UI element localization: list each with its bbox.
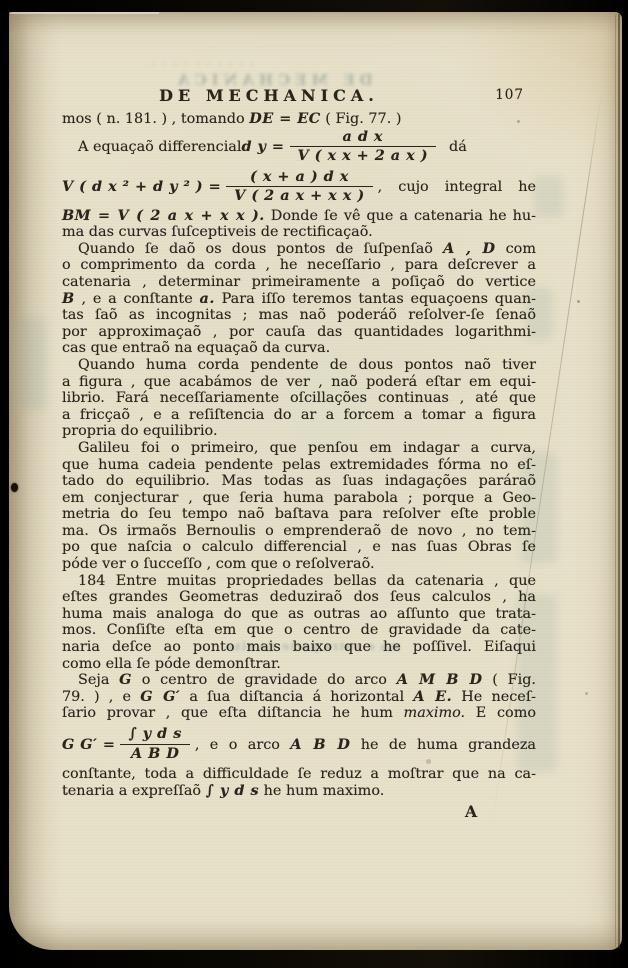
formula-tail: dá [449,139,467,155]
math-inline: G [119,671,132,688]
math-inline: G G′ [140,688,180,705]
math-inline: BM = V ( 2 a x + x x ). [62,207,265,224]
body-line: mos. Conſiſte eſta em que o centro de gr… [62,622,536,639]
fraction: ∫ y d sA B D [120,726,189,761]
page-title: DE MECHANICA. [32,86,506,105]
body-text: , e a conſtante [75,291,200,307]
body-text: Donde ſe vê que a catenaria he hu- [265,208,536,224]
body-line: a fricçaõ , e a reſiſtencia do ar a forc… [62,407,536,424]
body-line: cas que entraõ na equaçaõ da curva. [62,340,536,357]
body-line: librio. Fará neceſſariamente oſcillações… [62,390,536,407]
fraction-denominator: A B D [120,744,189,762]
math-inline: A B D [290,736,350,753]
body-line: Galileu foi o primeiro, que penſou em in… [62,440,536,457]
math-inline: A E. [413,688,452,705]
body-line: 79. ) , e G G′ a ſua diſtancia á horizon… [62,689,536,706]
formula-lead: A equaçaõ differencial [78,139,241,155]
body-line: ſario provar , que eſta diſtancia he hum… [62,705,536,722]
fraction: ( x + a ) d xV ( 2 a x + x x ) [226,169,373,204]
body-line: Seja G o centro de gravidade do arco A M… [62,672,536,689]
body-text: 79. ) , e [62,689,140,705]
body-line: B , e a conſtante a. Para iſſo teremos t… [62,291,536,308]
page-number: 107 [495,87,524,103]
body-text: tenaria a expreſſaõ [62,783,206,799]
fraction-numerator: a d x [290,129,437,146]
catchword-row: A [62,803,536,822]
body-line: ma. Os irmaõs Bernoulis o emprenderaõ de… [62,523,536,540]
body-line: tado do equilibrio. Mas todas as ſuas in… [62,473,536,490]
formula-lhs: V ( d x ² + d y ² ) = [62,178,221,195]
running-header: DE MECHANICA. 107 [62,86,536,105]
math-inline: a. [200,290,215,307]
math-inline: B [62,290,75,307]
body-line: naria deſce ao ponto mais baixo que he p… [62,639,536,656]
body-text: ſario provar , que eſta diſtancia he hum [62,705,404,721]
fraction-denominator: V ( 2 a x + x x ) [226,186,373,204]
formula-tail: , e o arco A B D he de huma grandeza [195,736,536,753]
body-line: póde ver o ſucceſſo , com que o reſolver… [62,556,536,573]
body-line: po que naſcia o calculo differencial , e… [62,539,536,556]
scan-background: DE MECHANICA . . . . . . . . . . ma e ou… [0,0,628,968]
body-line: tas ſaõ as incognitas ; mas naõ poderáõ … [62,307,536,324]
body-line: eſtes grandes Geometras deduziraõ dos ſe… [62,589,536,606]
fraction: a d xV ( x x + 2 a x ) [290,129,437,164]
fraction-denominator: V ( x x + 2 a x ) [290,146,437,164]
body-line: propria do equilibrio. [62,423,536,440]
body-line: conſtante, toda a difficuldade ſe reduz … [62,766,536,783]
math-inline: A M B D [397,671,483,688]
text-column: DE MECHANICA. 107 mos ( n. 181. ) , toma… [62,86,536,822]
body-line: por approximaçaõ , por cauſa das quantid… [62,324,536,341]
fraction-numerator: ( x + a ) d x [226,169,373,186]
formula-lhs: d y = [241,138,284,155]
body-text: E como [465,705,536,721]
fraction-numerator: ∫ y d s [120,726,189,743]
formula-row-1: A equaçaõ differencial d y = a d xV ( x … [62,128,536,166]
body-text: Quando ſe daõ os dous pontos de ſuſpenſa… [78,241,443,257]
body-line: metria do ſeu tempo naõ baſtava para reſ… [62,506,536,523]
body-text: he hum maximo. [259,783,384,799]
formula-row-2: V ( d x ² + d y ² ) = ( x + a ) d xV ( 2… [62,166,536,208]
formula-tail: , cujo integral he [378,179,536,195]
body-text: a ſua diſtancia á horizontal [180,689,413,705]
body-text: He neceſ- [452,689,536,705]
italic-word: maximo. [404,705,466,721]
body-text: com [495,241,536,257]
catchword: A [465,803,477,820]
math-inline: ∫ y d s [206,782,259,799]
body-line: tenaria a expreſſaõ ∫ y d s he hum maxim… [62,783,536,800]
body-text: o centro de gravidade do arco [132,672,397,688]
body-text: ( Fig. [483,672,536,688]
body-line: que huma cadeia pendente pelas extremida… [62,457,536,474]
body-line: como ella ſe póde demonſtrar. [62,656,536,673]
body-text: Seja [78,672,119,688]
body-text: mos ( n. 181. ) , tomando [62,111,249,127]
body-text: he de huma grandeza [350,737,536,753]
body-text: ( Fig. 77. ) [321,111,402,127]
body-line: em conjecturar , que ſeria huma parabola… [62,490,536,507]
body-line: ma das curvas ſuſceptiveis de rectificaç… [62,224,536,241]
body-line: Quando ſe daõ os dous pontos de ſuſpenſa… [62,241,536,258]
body-line: huma mais analoga do que as outras ao aſ… [62,606,536,623]
formula-lhs: G G′ = [62,736,115,753]
body-line: catenaria , determinar primeiramente a p… [62,274,536,291]
body-line: o comprimento da corda , he neceſſario ,… [62,257,536,274]
math-inline: DE = EC [249,110,320,127]
math-inline: A , D [443,240,495,257]
body-line: Quando huma corda pendente de dous ponto… [62,357,536,374]
formula-row-3: G G′ = ∫ y d sA B D , e o arco A B D he … [62,722,536,766]
body-text: , e o arco [195,737,291,753]
body-line: 184 Entre muitas propriedades bellas da … [62,573,536,590]
body-line: mos ( n. 181. ) , tomando DE = EC ( Fig.… [62,111,536,128]
body-line: BM = V ( 2 a x + x x ). Donde ſe vê que … [62,208,536,225]
body-line: a figura , que acabámos de ver , naõ pod… [62,374,536,391]
body-text: Para iſſo teremos tantas equaçoens quan- [215,291,536,307]
